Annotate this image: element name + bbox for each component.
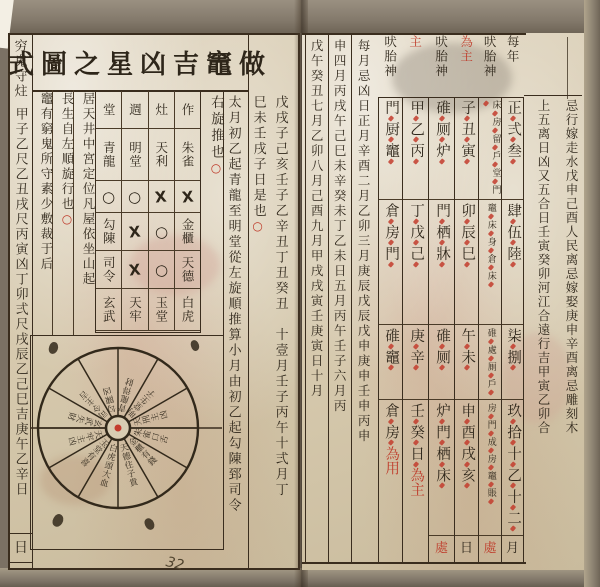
cell-text: 玖拾十乙十二 — [505, 403, 520, 535]
cell-text: 柒捌 — [505, 328, 520, 399]
cell-char: 處 — [486, 345, 496, 355]
cell-char: 辛 — [408, 350, 424, 365]
cell-char: 十 — [505, 446, 521, 461]
star-name: 灶 — [155, 103, 168, 117]
red-circle-marker: ○ — [251, 219, 265, 236]
cell-char: 未 — [459, 350, 475, 365]
cell-text: 房門成房竈賬 — [485, 403, 494, 535]
red-tick-mark — [510, 218, 516, 224]
cell-char: 丑 — [459, 122, 475, 137]
cell-char: 竈 — [383, 143, 399, 158]
cell-char: 肆 — [505, 203, 521, 218]
table-border-bottom — [302, 562, 526, 564]
red-tick-mark — [413, 343, 419, 349]
red-tick-mark — [488, 447, 494, 453]
cell-char: 堂 — [490, 168, 500, 178]
red-tick-mark — [464, 261, 470, 267]
red-tick-mark — [413, 239, 419, 245]
cell-char: 門 — [383, 100, 399, 115]
fortune-mark: ○ — [154, 260, 169, 279]
taboo-column-box: 每月忌凶日正月辛酉二月乙卯三月庚辰戊辰戊申庚申壬申丙申 — [351, 33, 378, 562]
star-table-cell: ○ — [149, 251, 175, 289]
red-tick-mark — [464, 136, 470, 142]
cell-char: 玖 — [505, 403, 521, 418]
manuscript-photo: { "page_number": "32", "colors": {"paper… — [0, 0, 600, 587]
red-tick-mark — [464, 239, 470, 245]
cell-char: 門 — [434, 203, 450, 218]
cell-char: 酉 — [459, 425, 475, 440]
star-name: 堂 — [102, 103, 115, 117]
cell-char: 戊 — [408, 225, 424, 240]
red-tick-mark — [439, 115, 445, 121]
cell-char: 碓 — [486, 328, 496, 338]
terminal-cell: 日 — [455, 535, 478, 562]
red-tick-mark — [488, 281, 494, 287]
fortune-mark: X — [128, 222, 141, 241]
fortune-mark: X — [128, 260, 141, 279]
taboo-column-1: 每月忌凶日正月辛酉二月乙卯三月庚辰戊辰戊申庚申壬申丙申 — [357, 39, 370, 444]
table-column-locations: 碓厕炉門栖牀碓厕炉門栖床處 — [428, 97, 454, 562]
cell-char: 厕 — [434, 350, 450, 365]
cell-text: 庚辛 — [408, 328, 423, 399]
star-name: 玉堂 — [155, 296, 168, 323]
table-cell-band: 碓竈 — [379, 325, 402, 400]
red-circle-marker: ○ — [60, 212, 74, 229]
cell-char: 戌 — [459, 446, 475, 461]
cell-char: 房 — [490, 117, 500, 127]
red-tick-mark — [510, 115, 516, 121]
red-tick-mark — [439, 482, 445, 488]
table-cell-band: 門厨竈 — [379, 97, 402, 200]
header-cell: 主 — [402, 35, 428, 50]
star-table-cell: X — [175, 181, 200, 213]
cell-char: 己 — [408, 246, 424, 261]
table-cell-band: 子丑寅 — [455, 97, 478, 200]
star-table-row: ○○XX — [96, 181, 200, 213]
cell-char: 厠 — [486, 362, 496, 372]
red-tick-mark — [388, 343, 394, 349]
red-circle-marker: ○ — [209, 161, 223, 178]
red-tick-mark — [510, 504, 516, 510]
red-tick-mark — [388, 439, 394, 445]
red-tick-mark — [439, 343, 445, 349]
table-cell-band: 肆伍陸 — [502, 200, 523, 325]
header-cell: 為主 — [454, 35, 478, 64]
cell-char: 申 — [459, 403, 475, 418]
cell-text: 碓厕炉 — [434, 100, 449, 199]
red-tick-mark — [510, 461, 516, 467]
red-tick-mark — [488, 372, 494, 378]
star-table-cell: X — [122, 251, 148, 289]
star-table-cell: 作 — [175, 91, 200, 129]
margin-day-list: 甲子乙尺乙丑戌尺丙寅凶丁卯弍尺戌辰乙己巳吉庚午乙辛日 — [13, 107, 27, 531]
margin-foot-cell: 日 — [10, 533, 32, 563]
red-annotation: 為主 — [408, 468, 424, 497]
star-table-row: 青龍明堂天利朱雀 — [96, 129, 200, 181]
cell-text: 床房留戶堂門 — [481, 100, 500, 199]
cell-text: 午未 — [459, 328, 474, 399]
red-tick-mark — [464, 343, 470, 349]
paper-crease — [567, 37, 568, 99]
column-rule — [248, 35, 249, 568]
wheel-center-red-dot — [115, 425, 122, 432]
cell-char: 陸 — [505, 246, 521, 261]
table-cell-band: 壬癸日為主 — [403, 400, 428, 535]
cell-text: 竈床身倉床 — [485, 203, 494, 324]
table-cell-band: 甲乙丙 — [403, 97, 428, 200]
table-cell-band: 柒捌 — [502, 325, 523, 400]
cell-char: 床 — [490, 100, 500, 110]
star-table-row: 玄武天牢玉堂白虎 — [96, 289, 200, 331]
cell-char: 碓 — [434, 100, 450, 115]
cell-char: 亥 — [459, 468, 475, 483]
star-name: 司令 — [102, 256, 115, 283]
cell-char: 倉 — [383, 403, 399, 418]
star-name: 勾陳 — [102, 218, 115, 245]
table-cell-band: 房門成房竈賬 — [479, 400, 501, 535]
header-label-red: 為主 — [459, 35, 472, 64]
cell-char: 床 — [434, 468, 450, 483]
star-table-cell: X — [122, 213, 148, 251]
page-title: 式圖之星凶吉竈做 — [8, 44, 272, 81]
header-cell: 吠胎神 — [428, 35, 454, 79]
cell-char: 午 — [459, 328, 475, 343]
cell-text: 炉門栖床 — [434, 403, 449, 535]
cell-char: 叁 — [505, 143, 521, 158]
star-name: 天利 — [155, 141, 168, 168]
note-text: 右旋推也 — [208, 95, 224, 161]
cell-text: 正弍叁 — [505, 100, 520, 199]
cell-char: 寅 — [459, 143, 475, 158]
cell-char: 卯 — [459, 203, 475, 218]
cell-char: 丁 — [408, 203, 424, 218]
star-table-cell: 灶 — [149, 91, 175, 129]
cell-char: 弍 — [505, 122, 521, 137]
cell-text: 倉房為用 — [383, 403, 398, 535]
table-column-loc2: 門厨竈倉房門碓竈倉房為用 — [378, 97, 402, 562]
cell-text: 碓竈 — [383, 328, 398, 399]
text-column-month-counting: 太月初乙起青龍至明堂從左旋順推算小月由初乙起勾陳郅司令 — [226, 95, 240, 553]
red-tick-mark — [488, 389, 494, 395]
star-table-cell: 金櫃 — [175, 213, 200, 251]
photo-edge-right — [584, 0, 600, 587]
cell-char: 倉 — [383, 203, 399, 218]
terminal-cell: 處 — [429, 535, 454, 562]
red-tick-mark — [413, 115, 419, 121]
cell-char: 丙 — [408, 143, 424, 158]
star-table-row: 堂週灶作 — [96, 91, 200, 129]
table-column-months: 正弍叁肆伍陸柒捌玖拾十乙十二月 — [501, 97, 524, 562]
star-table-cell: ○ — [122, 181, 148, 213]
cell-char: 乙 — [408, 122, 424, 137]
red-tick-mark — [488, 213, 494, 219]
cell-text: 丁戊己 — [408, 203, 423, 324]
red-tick-mark — [439, 158, 445, 164]
star-table-cell: 天牢 — [122, 289, 148, 331]
table-cell-band: 碓厕炉 — [429, 97, 454, 200]
red-tick-mark — [464, 439, 470, 445]
cell-char: 房 — [383, 425, 399, 440]
star-table-cell: 週 — [122, 91, 148, 129]
red-tick-mark — [388, 218, 394, 224]
cell-char: 門 — [383, 246, 399, 261]
red-tick-mark — [492, 110, 498, 116]
cell-char: 成 — [486, 437, 496, 447]
star-name: 作 — [181, 103, 194, 117]
star-table-cell: 朱雀 — [175, 129, 200, 181]
red-tick-mark — [488, 413, 494, 419]
red-tick-mark — [492, 178, 498, 184]
star-table-row: 司令X○天德 — [96, 251, 200, 289]
text-column-taboo-continued: 戊戌子己亥壬子乙辛丑丁丑癸丑 十壹月壬子丙午十弍月丁 — [273, 95, 287, 565]
cell-char: 房 — [486, 403, 496, 413]
red-tick-mark — [510, 364, 516, 370]
cell-char: 子 — [459, 100, 475, 115]
margin-column-taboo-travel: 忌行嫁走水戊申己酉人民离忌嫁娶庚申辛酉离忌雕刻木 — [554, 99, 578, 435]
fortune-mark: ○ — [154, 222, 169, 241]
star-table-cell: ○ — [96, 181, 122, 213]
stove-star-wheel-box: 青龍得財明堂生子天刑主凶朱雀口舌金櫃有錢天德住子貴白虎頭大血玉堂有喜天牢主凶玄武… — [30, 335, 224, 550]
table-cell-band: 庚辛 — [403, 325, 428, 400]
header-cell: 吠胎神 — [478, 35, 501, 79]
red-tick-mark — [413, 158, 419, 164]
cell-char: 碓 — [383, 328, 399, 343]
cell-char: 門 — [490, 185, 500, 195]
red-tick-mark — [388, 418, 394, 424]
star-table-cell: 堂 — [96, 91, 122, 129]
cell-char: 日 — [408, 446, 424, 461]
star-table-cell: X — [149, 181, 175, 213]
table-cell-band: 碓處厠戶 — [479, 325, 501, 400]
cell-char: 竈 — [486, 471, 496, 481]
table-cell-band: 床房留戶堂門 — [479, 97, 501, 200]
cell-char: 戶 — [486, 379, 496, 389]
cell-char: 栖 — [434, 446, 450, 461]
red-tick-mark — [483, 100, 489, 106]
fortune-mark: X — [181, 187, 194, 206]
table-cell-band: 正弍叁 — [502, 97, 523, 200]
red-tick-mark — [388, 239, 394, 245]
title-band: 式圖之星凶吉竈做 — [32, 35, 248, 92]
cell-text: 子丑寅 — [459, 100, 474, 199]
star-name: 明堂 — [128, 141, 141, 168]
cell-char: 壬 — [408, 403, 424, 418]
header-label-red: 主 — [408, 35, 421, 50]
cell-char: 捌 — [505, 350, 521, 365]
star-table-cell: 天德 — [175, 251, 200, 289]
red-tick-mark — [488, 338, 494, 344]
table-cell-band: 竈床身倉床 — [479, 200, 501, 325]
red-annotation: 為用 — [383, 446, 399, 475]
cell-char: 碓 — [434, 328, 450, 343]
star-table-cell: 玉堂 — [149, 289, 175, 331]
red-tick-mark — [510, 158, 516, 164]
cell-char: 柒 — [505, 328, 521, 343]
left-page: 穷鬼守炷 甲子乙尺乙丑戌尺丙寅凶丁卯弍尺戌辰乙己巳吉庚午乙辛日 日 式圖之星凶吉… — [8, 33, 300, 570]
cell-char: 牀 — [434, 246, 450, 261]
cell-text: 碓處厠戶 — [485, 328, 494, 399]
red-tick-mark — [488, 430, 494, 436]
red-tick-mark — [413, 439, 419, 445]
star-name: 青龍 — [102, 141, 115, 168]
red-tick-mark — [510, 343, 516, 349]
star-name: 天德 — [181, 256, 194, 283]
annotation-column-changsheng: 長生自左順旋行也○ — [55, 92, 74, 229]
red-tick-mark — [492, 127, 498, 133]
cell-char: 房 — [383, 225, 399, 240]
cell-char: 十 — [505, 489, 521, 504]
right-page: 每年吠胎神為主吠胎神主吠胎神 正弍叁肆伍陸柒捌玖拾十乙十二月床房留戶堂門竈床身倉… — [302, 33, 584, 570]
red-tick-mark — [510, 439, 516, 445]
cell-char: 竈 — [383, 350, 399, 365]
star-name: 金櫃 — [181, 218, 194, 245]
header-cell: 每年 — [501, 35, 524, 64]
red-tick-mark — [439, 261, 445, 267]
terminal-cell: 月 — [502, 535, 523, 562]
cell-char: 伍 — [505, 225, 521, 240]
red-tick-mark — [413, 136, 419, 142]
star-table-cell: 玄武 — [96, 289, 122, 331]
cell-char: 身 — [486, 237, 496, 247]
note-column-right-rotation: 右旋推也○ — [201, 95, 223, 178]
red-tick-mark — [464, 115, 470, 121]
red-tick-mark — [464, 461, 470, 467]
red-tick-mark — [488, 247, 494, 253]
table-column-stems: 甲乙丙丁戊己庚辛壬癸日為主 — [402, 97, 428, 562]
cell-char: 竈 — [486, 203, 496, 213]
header-label: 每年 — [506, 35, 519, 64]
star-table-row: 勾陳X○金櫃 — [96, 213, 200, 251]
cell-char: 庚 — [408, 328, 424, 343]
star-table-cell: 勾陳 — [96, 213, 122, 251]
red-tick-mark — [488, 481, 494, 487]
star-name: 天牢 — [128, 296, 141, 323]
star-name: 白虎 — [181, 296, 194, 323]
fortune-mark: X — [154, 187, 167, 206]
cell-char: 炉 — [434, 143, 450, 158]
cell-char: 門 — [434, 425, 450, 440]
table-cell-band: 倉房門 — [379, 200, 402, 325]
cell-char: 倉 — [486, 254, 496, 264]
star-name: 玄武 — [102, 296, 115, 323]
cell-char: 床 — [486, 271, 496, 281]
red-tick-mark — [439, 461, 445, 467]
cell-char: 二 — [505, 511, 521, 526]
annotation-column-tianjing: 居天井中宮定位凡屋依坐山起 — [76, 92, 95, 287]
star-grid-table: 堂週灶作青龍明堂天利朱雀○○XX勾陳X○金櫃司令X○天德玄武天牢玉堂白虎 — [95, 90, 201, 333]
cell-text: 申酉戌亥 — [459, 403, 474, 535]
table-cell-band: 午未 — [455, 325, 478, 400]
red-tick-mark — [413, 218, 419, 224]
margin-divider — [524, 95, 582, 96]
star-table-cell: 司令 — [96, 251, 122, 289]
red-tick-mark — [388, 158, 394, 164]
red-tick-mark — [488, 230, 494, 236]
red-tick-mark — [510, 136, 516, 142]
cell-text: 倉房門 — [383, 203, 398, 324]
table-cell-band: 丁戊己 — [403, 200, 428, 325]
red-tick-mark — [510, 239, 516, 245]
terminal-cell: 處 — [479, 535, 501, 562]
cell-char: 乙 — [505, 468, 521, 483]
cell-char: 巳 — [459, 246, 475, 261]
table-cell-band: 倉房為用 — [379, 400, 402, 535]
star-table-cell: 明堂 — [122, 129, 148, 181]
cell-text: 門栖牀 — [434, 203, 449, 324]
star-table-cell: 天利 — [149, 129, 175, 181]
red-tick-mark — [439, 239, 445, 245]
star-table-cell: 白虎 — [175, 289, 200, 331]
red-tick-mark — [488, 498, 494, 504]
cell-char: 正 — [505, 100, 521, 115]
red-tick-mark — [439, 439, 445, 445]
star-name: 週 — [128, 103, 141, 117]
red-tick-mark — [413, 261, 419, 267]
red-tick-mark — [488, 264, 494, 270]
star-table-cell: 青龍 — [96, 129, 122, 181]
table-cell-band: 炉門栖床 — [429, 400, 454, 535]
red-tick-mark — [510, 525, 516, 531]
red-tick-mark — [510, 482, 516, 488]
cell-char: 房 — [486, 454, 496, 464]
cell-char: 戶 — [490, 151, 500, 161]
annotation-text: 長生自左順旋行也 — [60, 92, 75, 212]
cell-char: 甲 — [408, 100, 424, 115]
red-tick-mark — [464, 418, 470, 424]
header-label: 吠胎神 — [434, 35, 447, 79]
red-tick-mark — [464, 482, 470, 488]
taboo-column-box: 戊午癸丑七月乙卯八月己酉九月甲戌戌寅壬庚寅日十月 — [305, 33, 328, 562]
red-tick-mark — [510, 261, 516, 267]
fortune-mark: ○ — [101, 187, 116, 206]
table-cell-band: 卯辰巳 — [455, 200, 478, 325]
star-table-cell: ○ — [149, 213, 175, 251]
cell-char: 辰 — [459, 225, 475, 240]
header-label: 吠胎神 — [383, 35, 396, 79]
cell-char: 炉 — [434, 403, 450, 418]
taboo-column-3: 戊午癸丑七月乙卯八月己酉九月甲戌戌寅壬庚寅日十月 — [310, 39, 323, 399]
header-cell: 吠胎神 — [378, 35, 402, 79]
red-tick-mark — [388, 261, 394, 267]
red-tick-mark — [492, 161, 498, 167]
red-tick-mark — [510, 418, 516, 424]
cell-char: 賬 — [486, 488, 496, 498]
cell-char: 拾 — [505, 425, 521, 440]
cell-text: 碓厕 — [434, 328, 449, 399]
text-column-days-ending: 巳未壬戌子日是也○ — [251, 95, 265, 315]
red-tick-mark — [464, 218, 470, 224]
red-tick-mark — [439, 136, 445, 142]
red-tick-mark — [439, 364, 445, 370]
cell-char: 癸 — [408, 425, 424, 440]
cell-char: 門 — [486, 420, 496, 430]
red-tick-mark — [413, 364, 419, 370]
star-name: 朱雀 — [181, 141, 194, 168]
red-tick-mark — [388, 136, 394, 142]
cell-char: 厨 — [383, 122, 399, 137]
red-tick-mark — [488, 355, 494, 361]
table-cell-band: 門栖牀 — [429, 200, 454, 325]
red-tick-mark — [464, 364, 470, 370]
taboo-column-2: 申四月丙戌午己巳未辛癸未丁乙未日五月丙午壬子六月丙 — [333, 39, 346, 414]
cell-char: 厕 — [434, 122, 450, 137]
cell-text: 壬癸日為主 — [408, 403, 423, 535]
table-cell-band: 玖拾十乙十二 — [502, 400, 523, 535]
cell-text: 卯辰巳 — [459, 203, 474, 324]
fortune-mark: ○ — [127, 187, 142, 206]
table-column-branches: 子丑寅卯辰巳午未申酉戌亥日 — [454, 97, 478, 562]
cell-text: 肆伍陸 — [505, 203, 520, 324]
